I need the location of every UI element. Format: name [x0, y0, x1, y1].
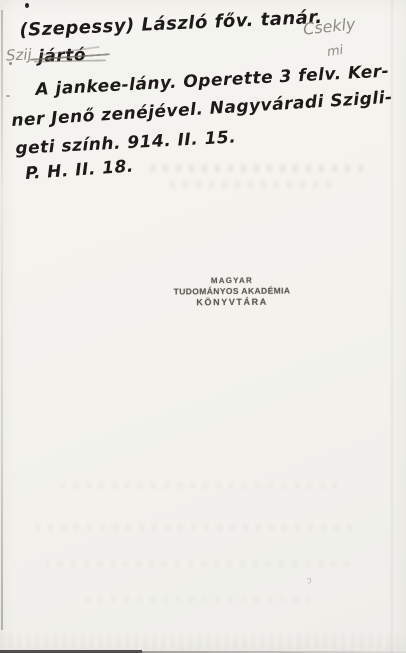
card-edge-left — [1, 10, 3, 630]
pencil-annotation: Csekly — [302, 14, 356, 38]
handwritten-author-line: (Szepessy) László főv. tanár. — [19, 7, 323, 41]
catalog-card: (Szepessy) László főv. tanár. Csekly mi … — [0, 0, 406, 653]
stamp-line-2: TUDOMÁNYOS AKADÉMIA — [168, 285, 296, 297]
bleed-through-band — [35, 524, 355, 531]
crossed-out-pencil-fragment: Szij — [6, 45, 33, 64]
bleed-through-band — [150, 165, 370, 172]
bleed-through-band — [60, 482, 340, 489]
handwritten-entry-line: geti szính. 914. II. 15. — [15, 127, 237, 159]
bleed-through-band — [170, 181, 340, 188]
ink-speck — [6, 95, 10, 97]
pencil-squiggle: ↄ — [305, 575, 313, 586]
bleed-through-band — [85, 596, 315, 603]
stamp-line-3: KÖNYVTÁRA — [168, 296, 296, 308]
bottom-shadow-band — [0, 634, 406, 650]
ink-speck — [25, 3, 29, 8]
scan-background: { "card": { "heading": { "author_line": … — [0, 0, 406, 653]
bleed-through-band — [45, 560, 355, 567]
pencil-annotation-secondary: mi — [326, 43, 344, 60]
library-stamp: MAGYAR TUDOMÁNYOS AKADÉMIA KÖNYVTÁRA — [168, 275, 296, 308]
handwritten-entry-line: P. H. II. 18. — [25, 156, 135, 184]
